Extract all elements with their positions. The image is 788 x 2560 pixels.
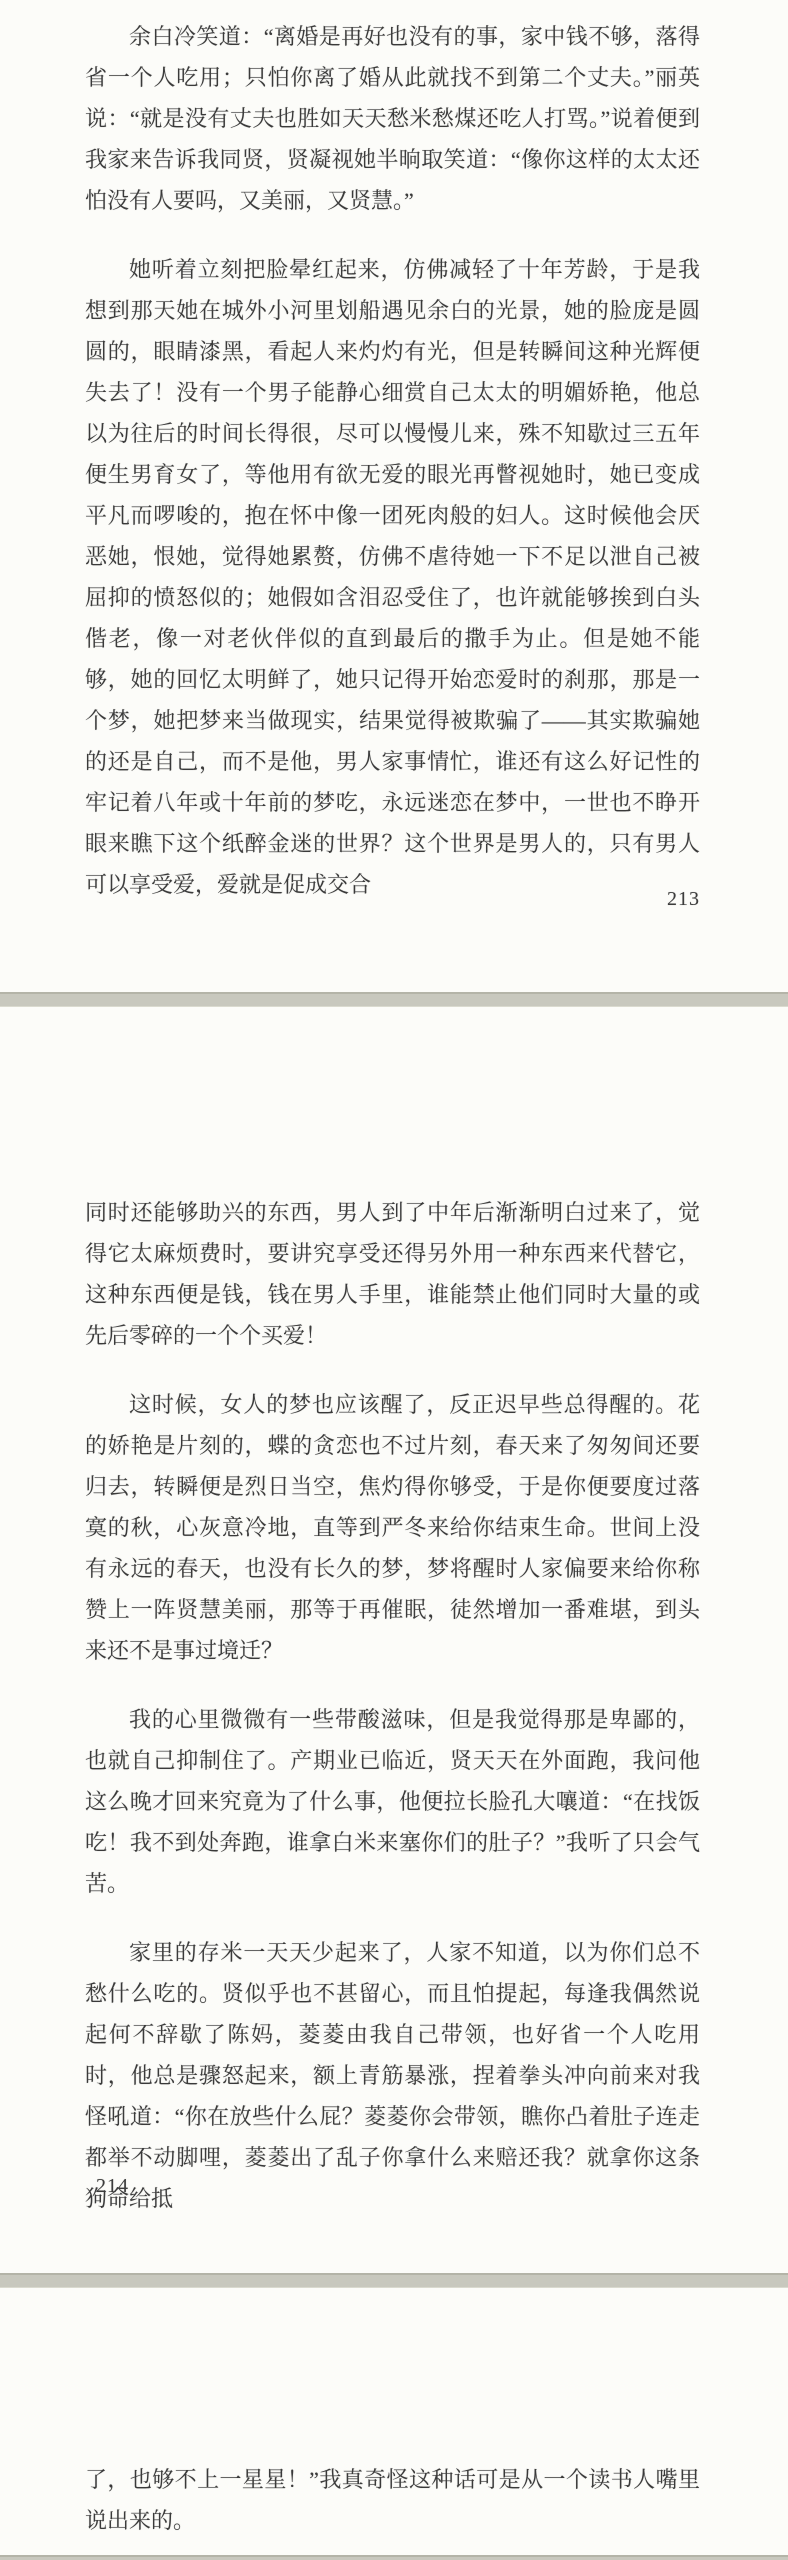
paragraph: 余白冷笑道：“离婚是再好也没有的事，家中钱不够，落得省一个人吃用；只怕你离了婚从…	[85, 16, 700, 221]
book-page-213: 余白冷笑道：“离婚是再好也没有的事，家中钱不够，落得省一个人吃用；只怕你离了婚从…	[0, 0, 788, 992]
paragraph: 她听着立刻把脸晕红起来，仿佛减轻了十年芳龄，于是我想到那天她在城外小河里划船遇见…	[85, 249, 700, 905]
paragraph: 我的心里微微有一些带酸滋味，但是我觉得那是卑鄙的，也就自己抑制住了。产期业已临近…	[85, 1699, 700, 1904]
paragraph: 家里的存米一天天少起来了，人家不知道，以为你们总不愁什么吃的。贤似乎也不甚留心，…	[85, 1932, 700, 2219]
page-number: 214	[96, 2175, 129, 2198]
paragraph: 了，也够不上一星星！”我真奇怪这种话可是从一个读书人嘴里说出来的。	[85, 2459, 700, 2541]
book-page-next: 了，也够不上一星星！”我真奇怪这种话可是从一个读书人嘴里说出来的。	[0, 2288, 788, 2555]
page-separator	[0, 2555, 788, 2560]
paragraph: 这时候，女人的梦也应该醒了，反正迟早些总得醒的。花的娇艳是片刻的，蝶的贪恋也不过…	[85, 1384, 700, 1671]
page-separator	[0, 2273, 788, 2288]
page-separator	[0, 992, 788, 1007]
page-number: 213	[667, 888, 700, 911]
book-page-214: 同时还能够助兴的东西，男人到了中年后渐渐明白过来了，觉得它太麻烦费时，要讲究享受…	[0, 1007, 788, 2273]
paragraph: 同时还能够助兴的东西，男人到了中年后渐渐明白过来了，觉得它太麻烦费时，要讲究享受…	[85, 1192, 700, 1356]
